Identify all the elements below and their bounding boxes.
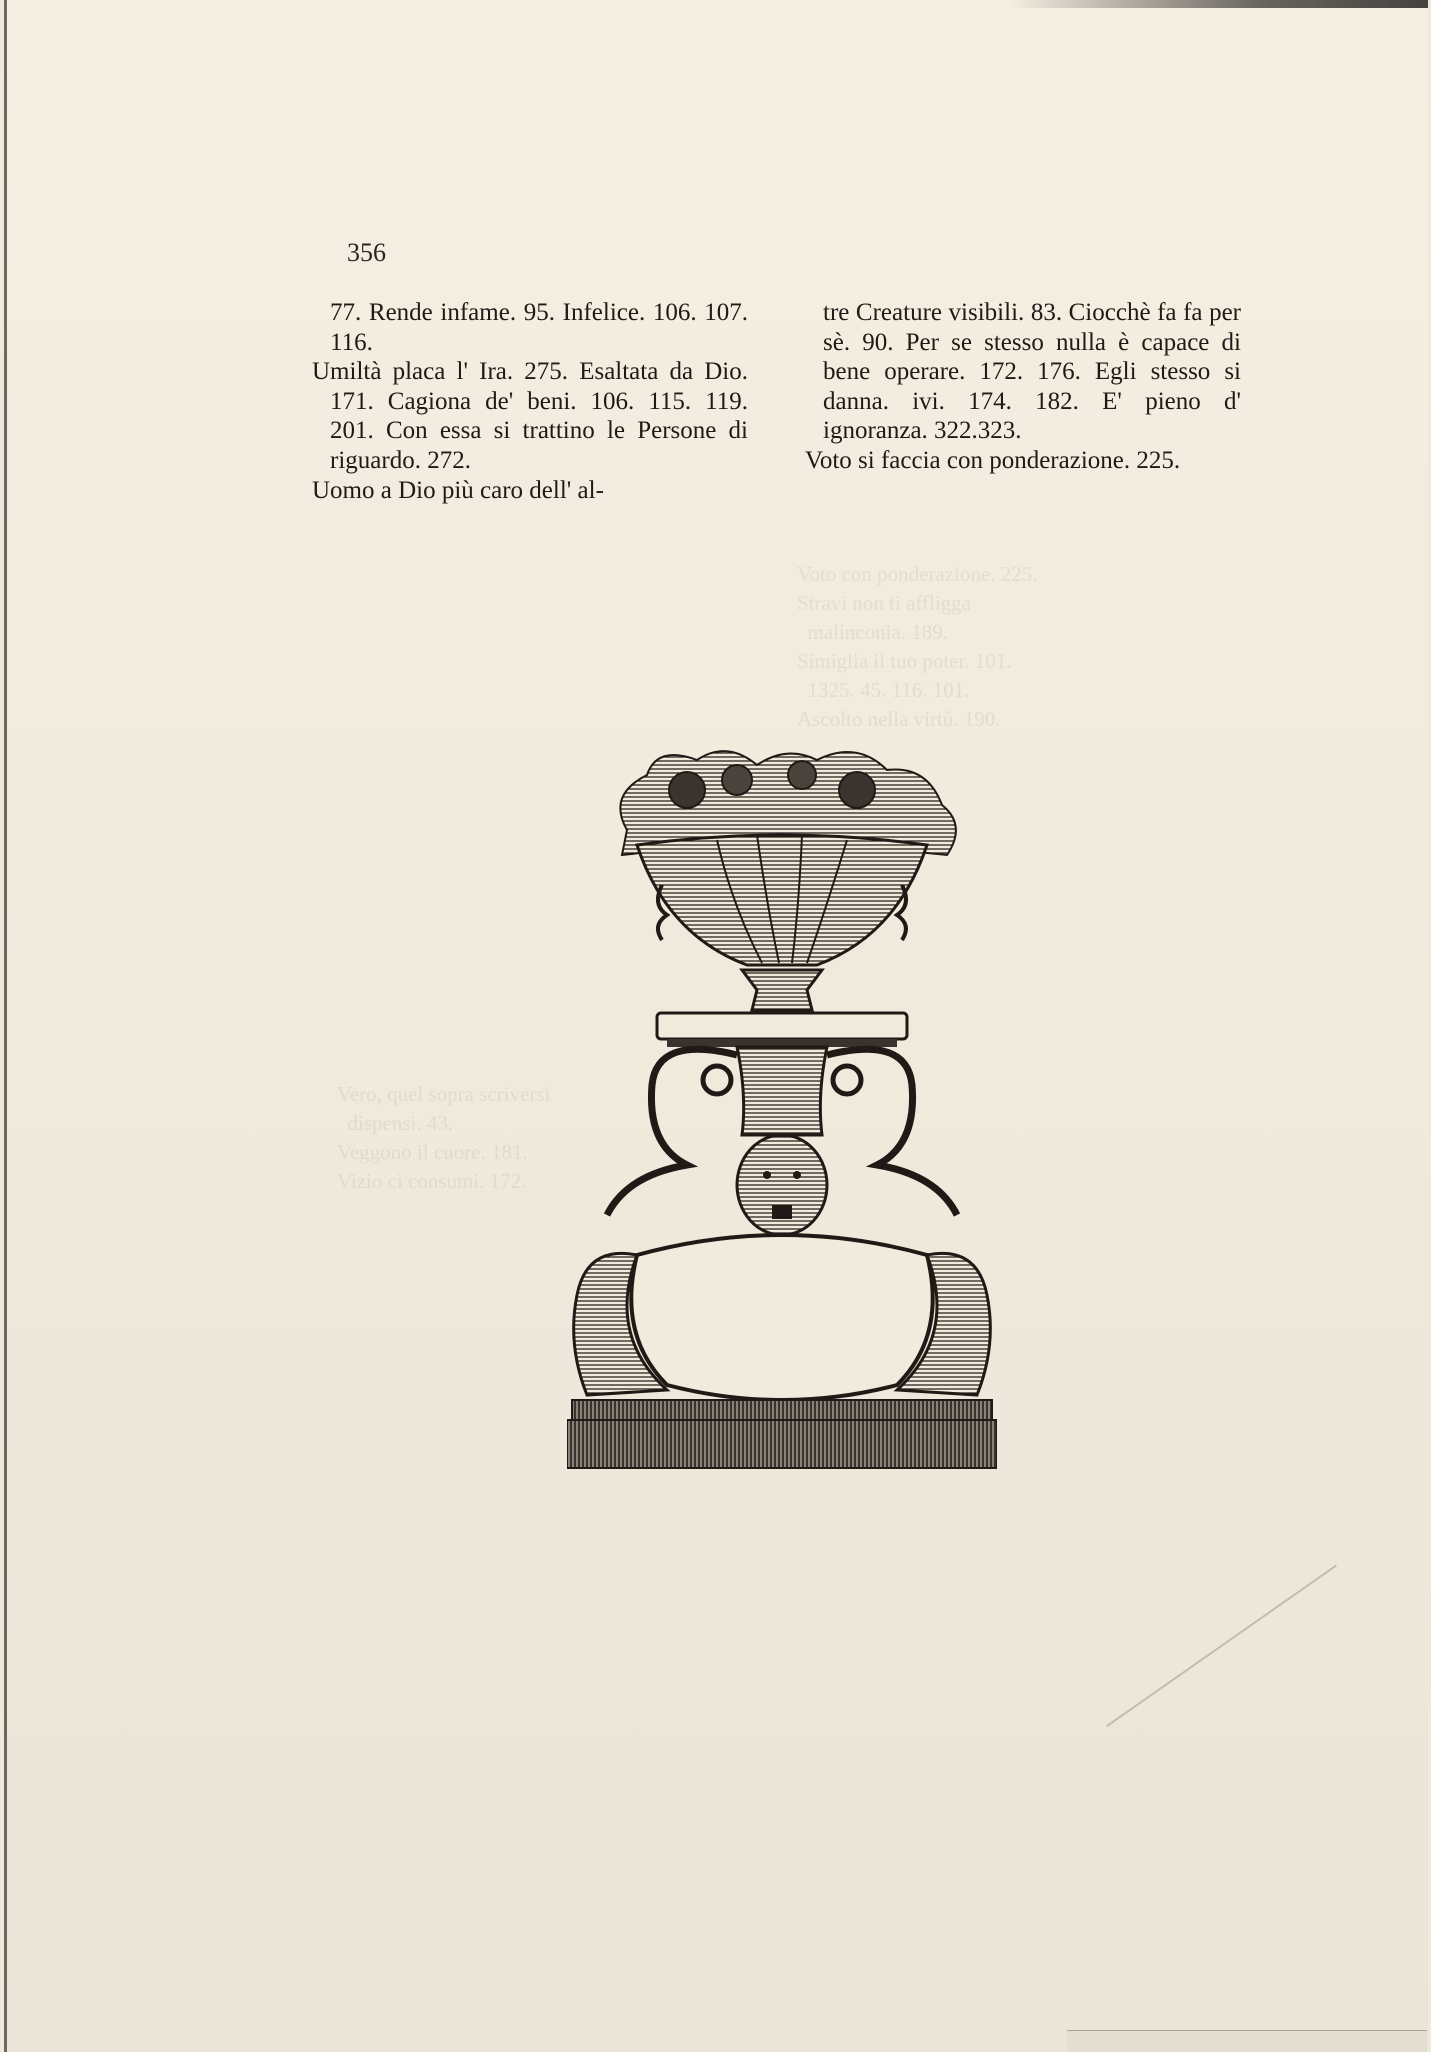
index-column-left: 77. Rende infame. 95. Infelice. 106. 107… [312, 298, 748, 505]
book-page: Voto con ponderazione. 225. Stravi non t… [4, 0, 1428, 2052]
index-entry: Umiltà placa l' Ira. 275. Esaltata da Di… [312, 357, 748, 475]
index-column-right: tre Creature visibili. 83. Ciocchè fa fa… [805, 298, 1241, 476]
index-entry: Voto si faccia con ponderazione. 225. [805, 446, 1241, 476]
show-through-text: Voto con ponderazione. 225. Stravi non t… [797, 560, 1037, 734]
page-number: 356 [347, 238, 386, 268]
show-through-text: Vero, quel sopra scriversi dispensi. 43.… [337, 1080, 550, 1196]
index-entry: tre Creature visibili. 83. Ciocchè fa fa… [805, 298, 1241, 446]
page-edge-shadow [1008, 0, 1428, 8]
folded-corner [1067, 2030, 1427, 2052]
index-entry: 77. Rende infame. 95. Infelice. 106. 107… [312, 298, 748, 357]
woodcut-urn-tailpiece-icon [567, 735, 997, 1475]
index-entry: Uomo a Dio più caro dell' al- [312, 476, 748, 506]
paper-crease [1106, 1565, 1337, 1727]
